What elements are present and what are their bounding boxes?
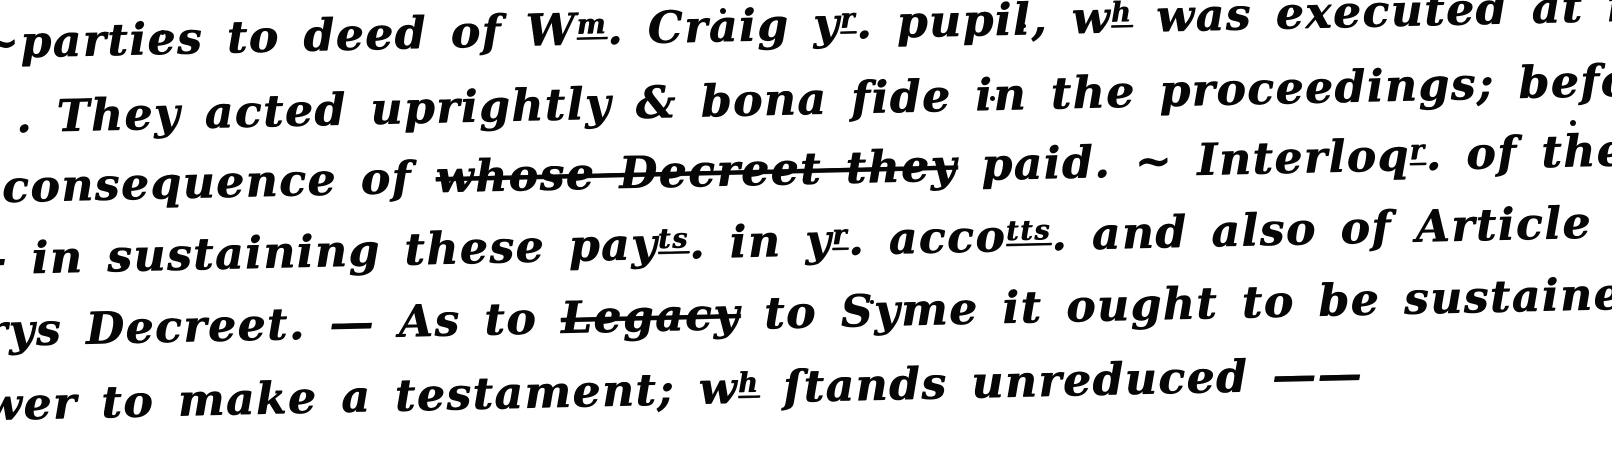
manuscript-text: consequence of bbox=[1, 152, 436, 213]
manuscript-line: . They acted uprightly & bona fide in th… bbox=[15, 54, 1612, 143]
manuscript-scan: ~parties to deed of Wm. Craig yr. pupil,… bbox=[0, 0, 1612, 469]
manuscript-text: . in y bbox=[688, 215, 832, 269]
superscript-abbreviation: m bbox=[576, 8, 607, 41]
ink-speck bbox=[160, 30, 165, 35]
manuscript-text: ~parties to deed of W bbox=[0, 5, 577, 69]
struck-text: Legacy bbox=[560, 289, 741, 344]
manuscript-line: ~parties to deed of Wm. Craig yr. pupil,… bbox=[0, 0, 1612, 69]
ink-speck bbox=[990, 96, 995, 101]
ink-speck bbox=[1022, 24, 1026, 28]
manuscript-line: rys Decreet. — As to Legacy to Syme it o… bbox=[0, 268, 1612, 357]
manuscript-line: - in sustaining these payts. in yr. acco… bbox=[0, 195, 1612, 285]
manuscript-text: . pupil, w bbox=[855, 0, 1111, 49]
manuscript-text: . They acted uprightly & bona fide in th… bbox=[15, 54, 1612, 143]
ink-speck bbox=[1570, 120, 1576, 126]
manuscript-text: rys Decreet. — As to bbox=[0, 293, 561, 357]
ink-speck bbox=[720, 8, 726, 14]
manuscript-text: . of the bbox=[1425, 125, 1612, 181]
manuscript-text: paid. ~ Interloq bbox=[957, 130, 1410, 191]
manuscript-text: ſtands unreduced —— bbox=[759, 349, 1364, 414]
manuscript-text: . and also of Article for bbox=[1051, 195, 1612, 261]
superscript-abbreviation: h bbox=[1111, 0, 1133, 29]
manuscript-text: wer to make a testament; w bbox=[0, 363, 739, 431]
struck-text: whose Decreet they bbox=[435, 140, 958, 203]
superscript-abbreviation: h bbox=[738, 367, 760, 399]
superscript-abbreviation: r bbox=[1409, 134, 1426, 166]
manuscript-text: . acco bbox=[847, 211, 1006, 266]
manuscript-text: was executed at int bbox=[1132, 0, 1612, 43]
manuscript-text: - in sustaining these pay bbox=[0, 219, 659, 285]
ink-speck bbox=[120, 262, 125, 267]
ink-speck bbox=[1293, 6, 1298, 11]
manuscript-line: wer to make a testament; wh ſtands unred… bbox=[0, 349, 1364, 431]
superscript-abbreviation: tts bbox=[1006, 214, 1052, 247]
ink-speck bbox=[870, 300, 874, 304]
superscript-abbreviation: r bbox=[832, 219, 849, 251]
superscript-abbreviation: ts bbox=[658, 222, 690, 255]
superscript-abbreviation: r bbox=[840, 2, 857, 34]
manuscript-line: consequence of whose Decreet they paid. … bbox=[1, 125, 1612, 213]
